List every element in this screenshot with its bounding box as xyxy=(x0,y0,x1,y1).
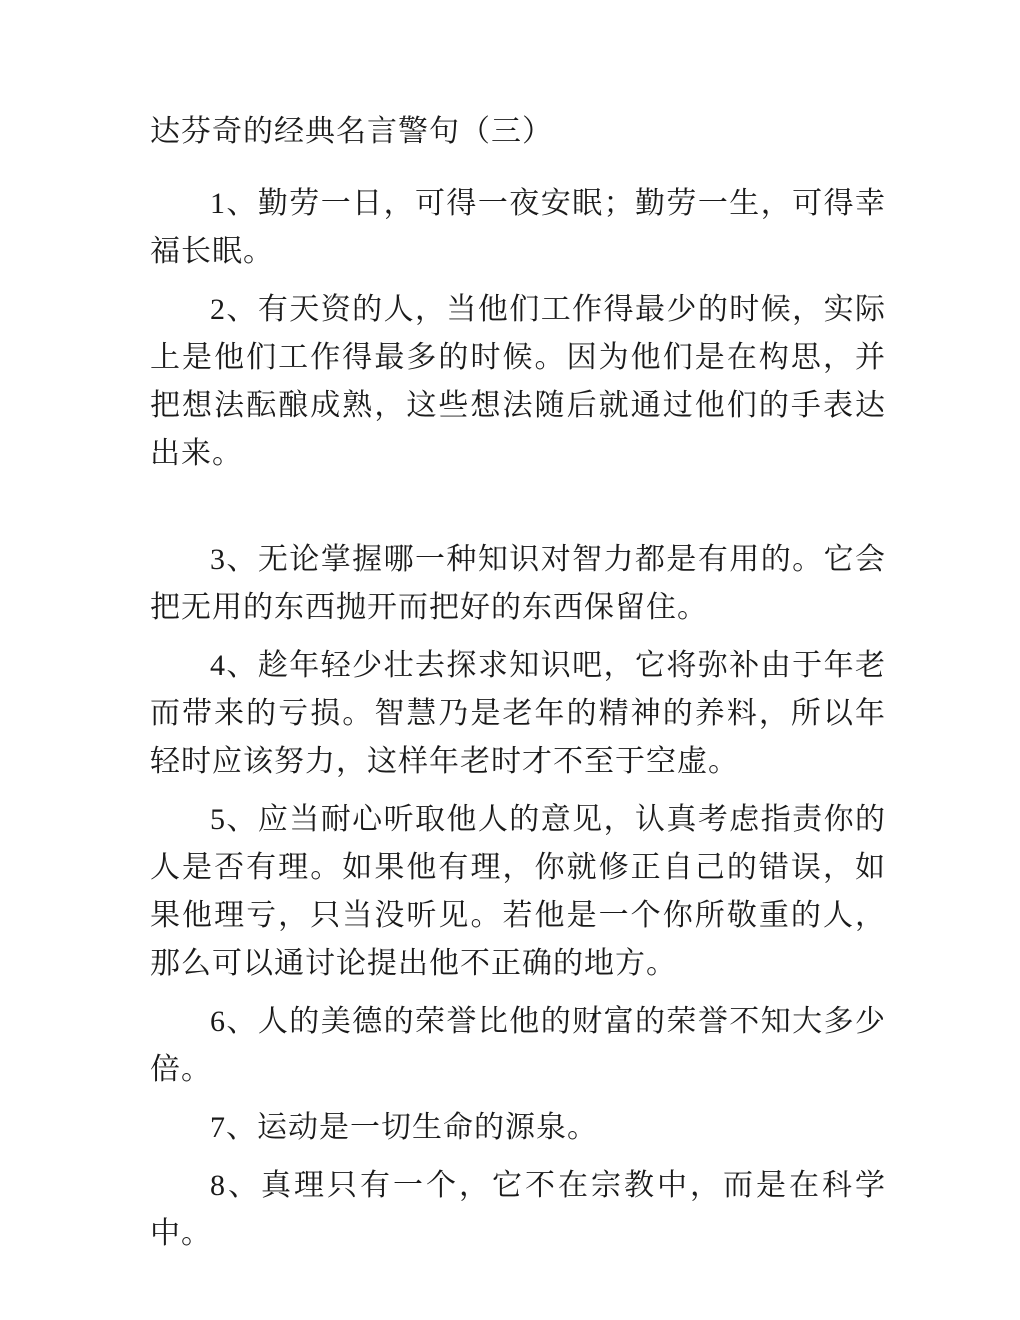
quote-paragraph-1: 1、勤劳一日，可得一夜安眠；勤劳一生，可得幸福长眠。 xyxy=(150,180,886,276)
quote-paragraph-7: 7、运动是一切生命的源泉。 xyxy=(150,1104,886,1152)
quote-paragraph-4: 4、趁年轻少壮去探求知识吧，它将弥补由于年老而带来的亏损。智慧乃是老年的精神的养… xyxy=(150,642,886,786)
quote-paragraph-3: 3、无论掌握哪一种知识对智力都是有用的。它会把无用的东西抛开而把好的东西保留住。 xyxy=(150,536,886,632)
document-page: 达芬奇的经典名言警句（三） 1、勤劳一日，可得一夜安眠；勤劳一生，可得幸福长眠。… xyxy=(0,0,1020,1320)
page-title: 达芬奇的经典名言警句（三） xyxy=(150,108,886,156)
quote-paragraph-2: 2、有天资的人，当他们工作得最少的时候，实际上是他们工作得最多的时候。因为他们是… xyxy=(150,286,886,478)
quote-paragraph-6: 6、人的美德的荣誉比他的财富的荣誉不知大多少倍。 xyxy=(150,998,886,1094)
quote-paragraph-8: 8、真理只有一个，它不在宗教中，而是在科学中。 xyxy=(150,1162,886,1258)
quote-paragraph-5: 5、应当耐心听取他人的意见，认真考虑指责你的人是否有理。如果他有理，你就修正自己… xyxy=(150,796,886,988)
